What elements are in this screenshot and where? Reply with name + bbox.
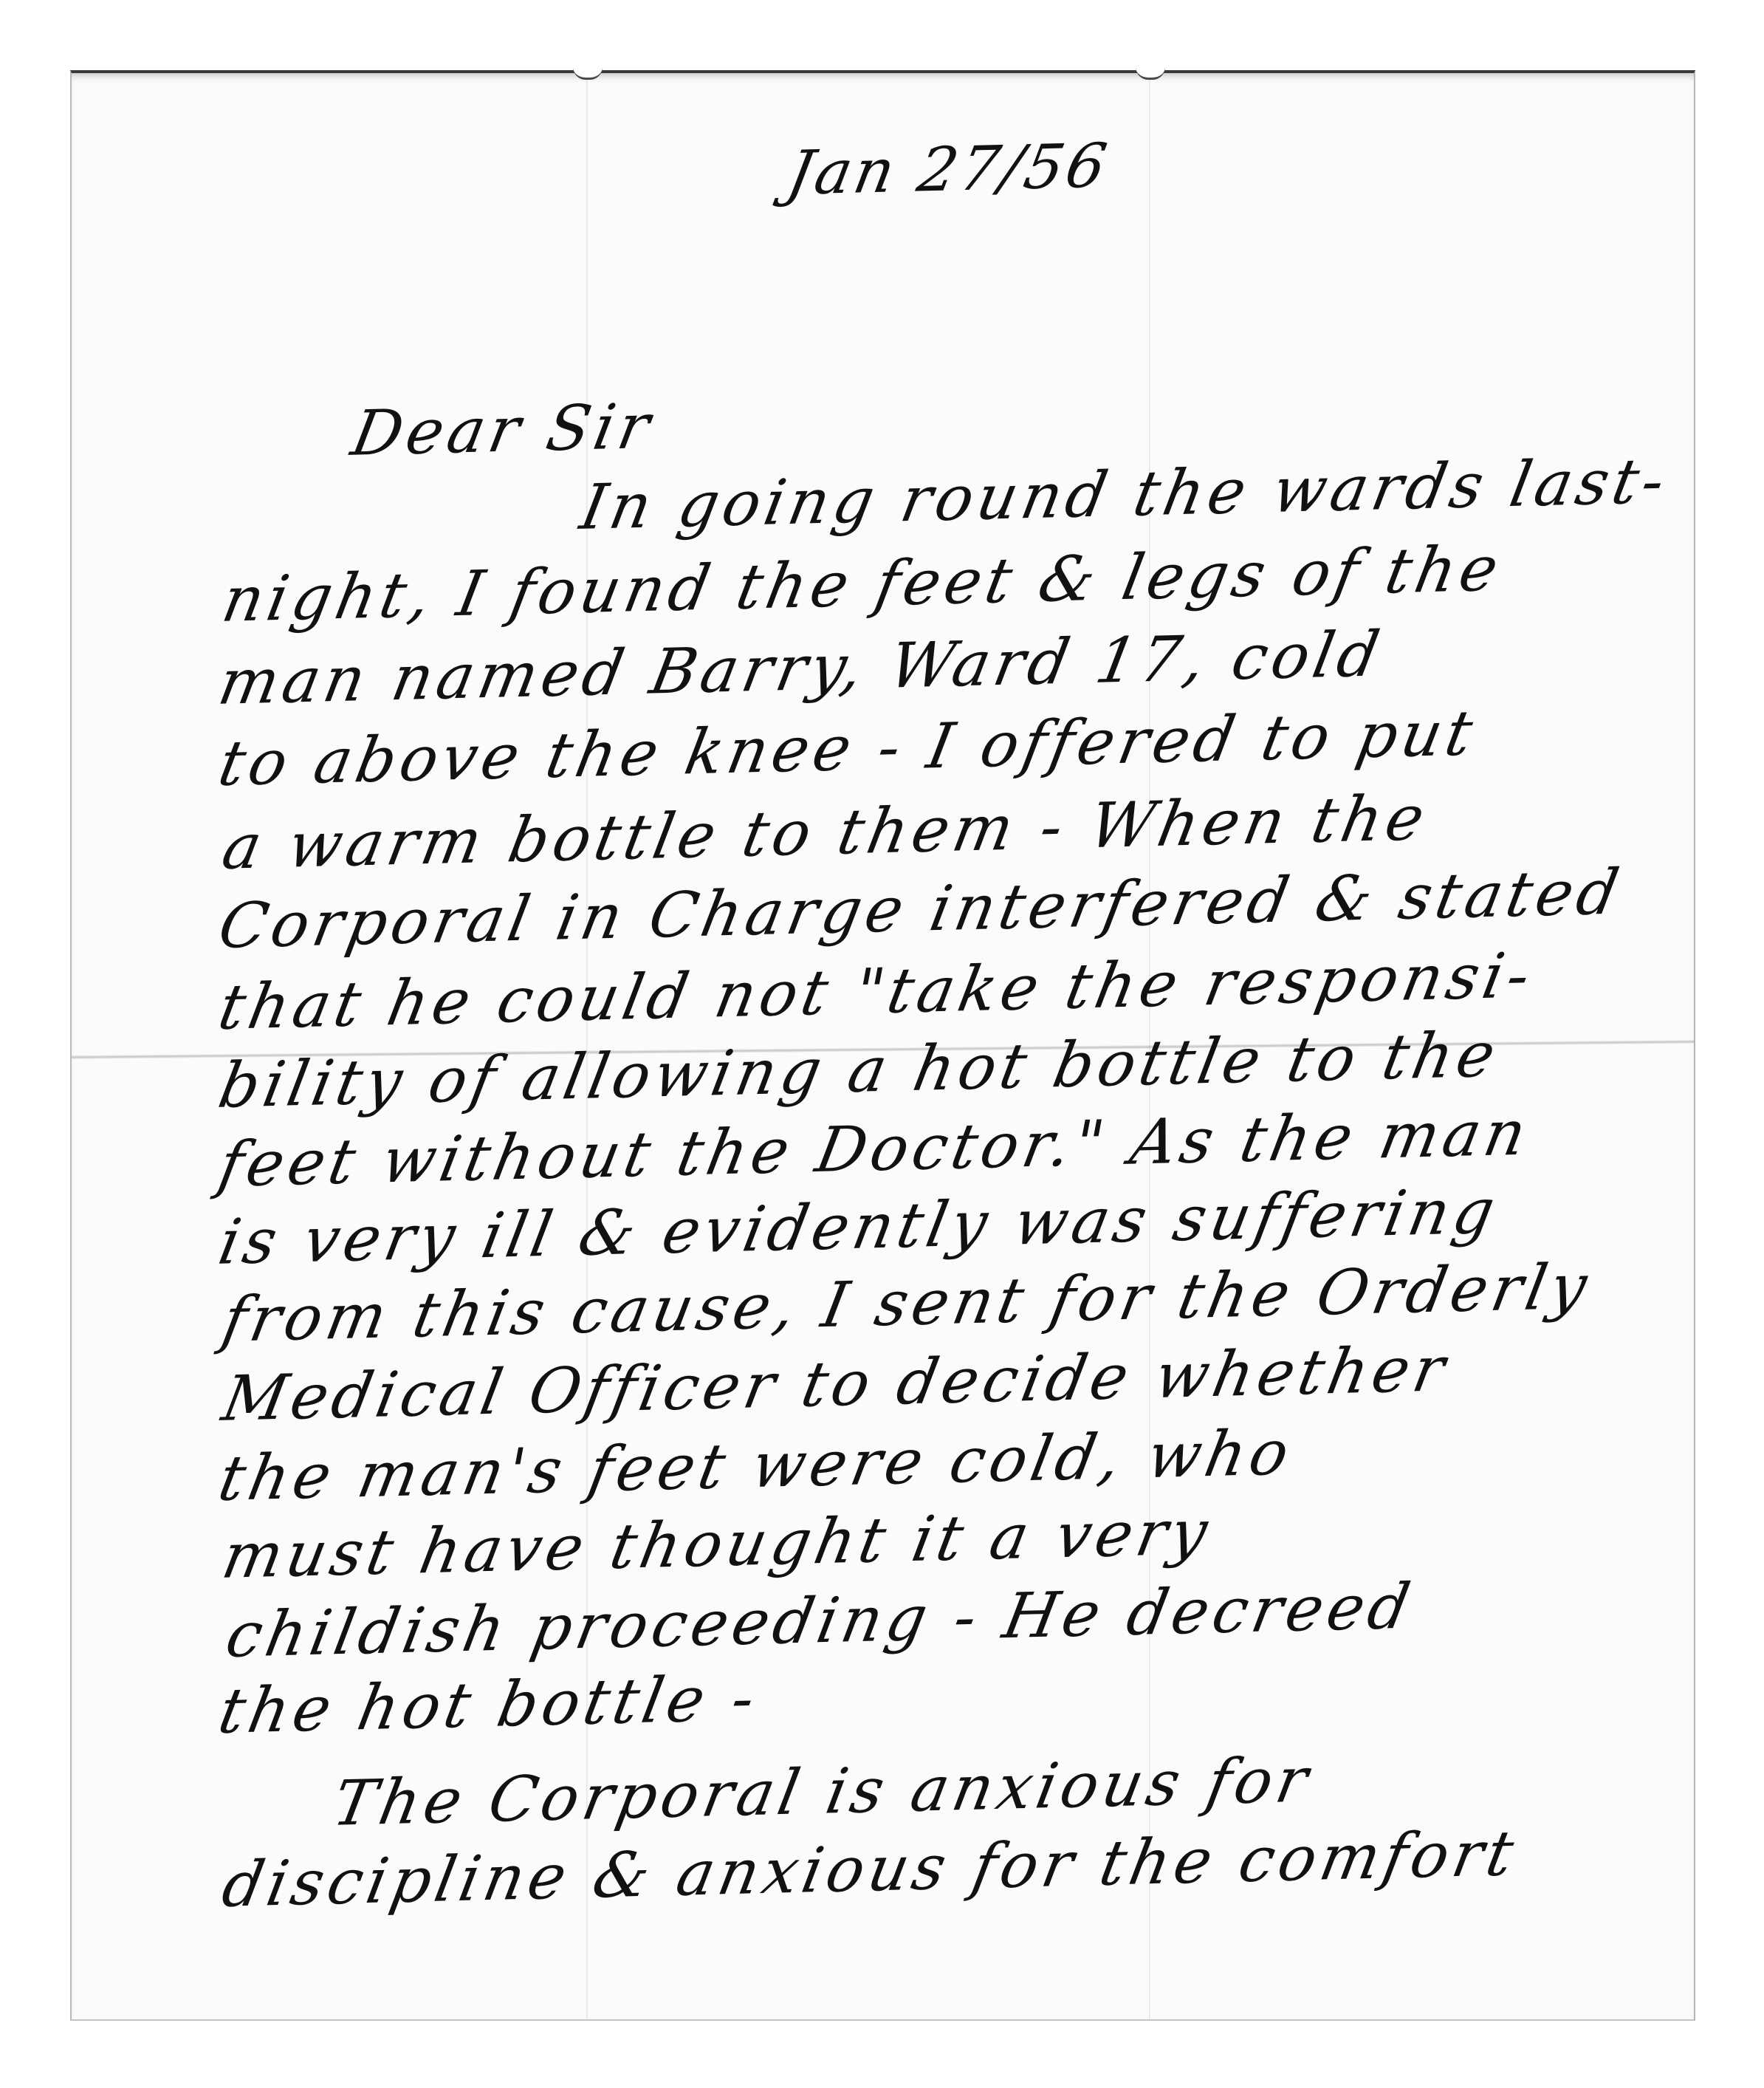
letter-date: Jan 27/56: [783, 136, 1113, 205]
paper-notch: [1136, 67, 1165, 80]
letter-line: the hot bottle -: [214, 1667, 764, 1742]
paper-notch: [573, 67, 603, 80]
letter-salutation: Dear Sir: [347, 395, 659, 465]
